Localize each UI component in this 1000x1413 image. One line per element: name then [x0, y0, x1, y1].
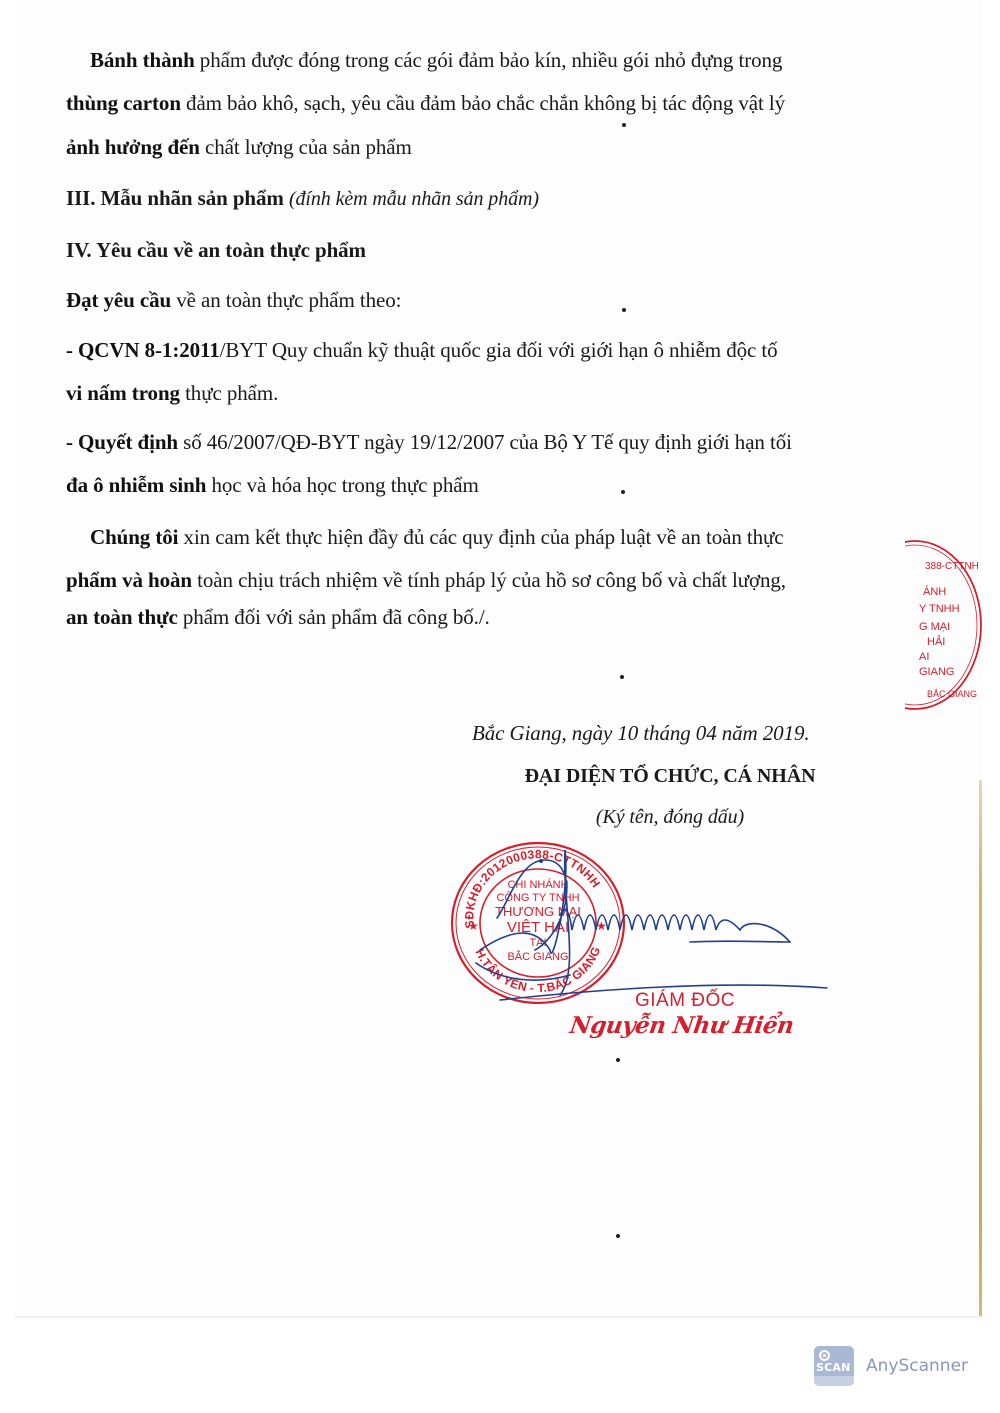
packaging-line-2-lead: thùng carton [66, 91, 181, 115]
regulation-2-code: - Quyết định [66, 430, 178, 454]
scan-logo-icon: SCAN [814, 1346, 854, 1386]
regulation-1-text: /BYT Quy chuẩn kỹ thuật quốc gia đối với… [220, 338, 778, 362]
section-iii-heading: III. Mẫu nhãn sản phẩm (đính kèm mẫu nhã… [66, 185, 539, 212]
commitment-line-3: an toàn thực phẩm đối với sản phẩm đã cô… [66, 604, 490, 630]
scan-speck [622, 123, 626, 127]
signer-name: Nguyễn Như Hiển [568, 1012, 795, 1039]
packaging-line-3: ảnh hưởng đến chất lượng của sản phẩm [66, 134, 412, 160]
section-iv-intro-text: về an toàn thực phẩm theo: [171, 288, 401, 312]
signer-role: GIÁM ĐỐC [620, 990, 750, 1012]
regulation-1-cont-text: thực phẩm. [180, 381, 278, 405]
packaging-line-1-text: phẩm được đóng trong các gói đảm bảo kín… [195, 48, 783, 72]
commitment-line-1-text: xin cam kết thực hiện đầy đủ các quy địn… [178, 525, 783, 549]
packaging-line-1-lead: Bánh thành [90, 48, 195, 72]
representative-title: ĐẠI DIỆN TỔ CHỨC, CÁ NHÂN [470, 763, 870, 789]
page-edge-shadow [979, 780, 982, 1316]
packaging-line-3-lead: ảnh hưởng đến [66, 135, 200, 159]
section-iii-title: III. Mẫu nhãn sản phẩm [66, 186, 284, 210]
regulation-2-line-2: đa ô nhiễm sinh học và hóa học trong thự… [66, 472, 479, 498]
edge-stamp-line-7: GIANG [919, 666, 954, 678]
sign-instruction: (Ký tên, đóng dấu) [470, 804, 870, 830]
commitment-line-1: Chúng tôi xin cam kết thực hiện đầy đủ c… [90, 524, 784, 550]
packaging-line-1: Bánh thành phẩm được đóng trong các gói … [90, 47, 782, 73]
packaging-line-2: thùng carton đảm bảo khô, sạch, yêu cầu … [66, 90, 785, 116]
commitment-line-1-lead: Chúng tôi [90, 525, 178, 549]
scan-speck [621, 490, 625, 494]
regulation-1-cont-lead: vi nấm trong [66, 381, 180, 405]
section-iv-intro: Đạt yêu cầu về an toàn thực phẩm theo: [66, 287, 401, 313]
scan-speck [616, 1058, 620, 1062]
packaging-line-2-text: đảm bảo khô, sạch, yêu cầu đảm bảo chắc … [181, 91, 785, 115]
edge-stamp-line-3: Y TNHH [919, 603, 960, 615]
regulation-2-line-1: - Quyết định số 46/2007/QĐ-BYT ngày 19/1… [66, 429, 792, 455]
commitment-line-3-text: phẩm đối với sản phẩm đã công bố./. [178, 605, 490, 629]
place-date: Bắc Giang, ngày 10 tháng 04 năm 2019. [472, 720, 810, 746]
anyscanner-watermark: SCAN AnyScanner [814, 1346, 968, 1386]
scan-speck [622, 308, 626, 312]
commitment-line-2-lead: phẩm và hoàn [66, 568, 192, 592]
regulation-1-line-2: vi nấm trong thực phẩm. [66, 380, 278, 406]
scan-speck [620, 675, 624, 679]
regulation-2-text: số 46/2007/QĐ-BYT ngày 19/12/2007 của Bộ… [178, 430, 792, 454]
edge-stamp-line-5: HẢI [927, 635, 945, 648]
regulation-2-cont-text: học và hóa học trong thực phẩm [206, 473, 478, 497]
edge-stamp-line-4: G MẠI [919, 621, 950, 633]
scan-speck [616, 1234, 620, 1238]
edge-stamp-line-1: 388-CTTNH [925, 561, 979, 572]
section-iv-intro-lead: Đạt yêu cầu [66, 288, 171, 312]
edge-stamp-fragment: 388-CTTNH ÁNH Y TNHH G MẠI HẢI AI GIANG … [905, 535, 985, 715]
edge-stamp-line-6: AI [919, 651, 929, 663]
regulation-1-line-1: - QCVN 8-1:2011/BYT Quy chuẩn kỹ thuật q… [66, 337, 778, 363]
section-iii-note: (đính kèm mẫu nhãn sản phẩm) [289, 188, 539, 210]
edge-stamp-line-2: ÁNH [923, 585, 946, 598]
commitment-line-3-lead: an toàn thực [66, 605, 178, 629]
regulation-1-code: - QCVN 8-1:2011 [66, 338, 220, 362]
regulation-2-cont-lead: đa ô nhiễm sinh [66, 473, 206, 497]
edge-stamp-line-8: BẮC GIANG [927, 689, 977, 699]
commitment-line-2: phẩm và hoàn toàn chịu trách nhiệm về tí… [66, 567, 786, 593]
packaging-line-3-text: chất lượng của sản phẩm [200, 135, 412, 159]
brand-name: AnyScanner [866, 1356, 968, 1376]
commitment-line-2-text: toàn chịu trách nhiệm về tính pháp lý củ… [192, 568, 786, 592]
section-iv-heading: IV. Yêu cầu về an toàn thực phẩm [66, 237, 366, 263]
